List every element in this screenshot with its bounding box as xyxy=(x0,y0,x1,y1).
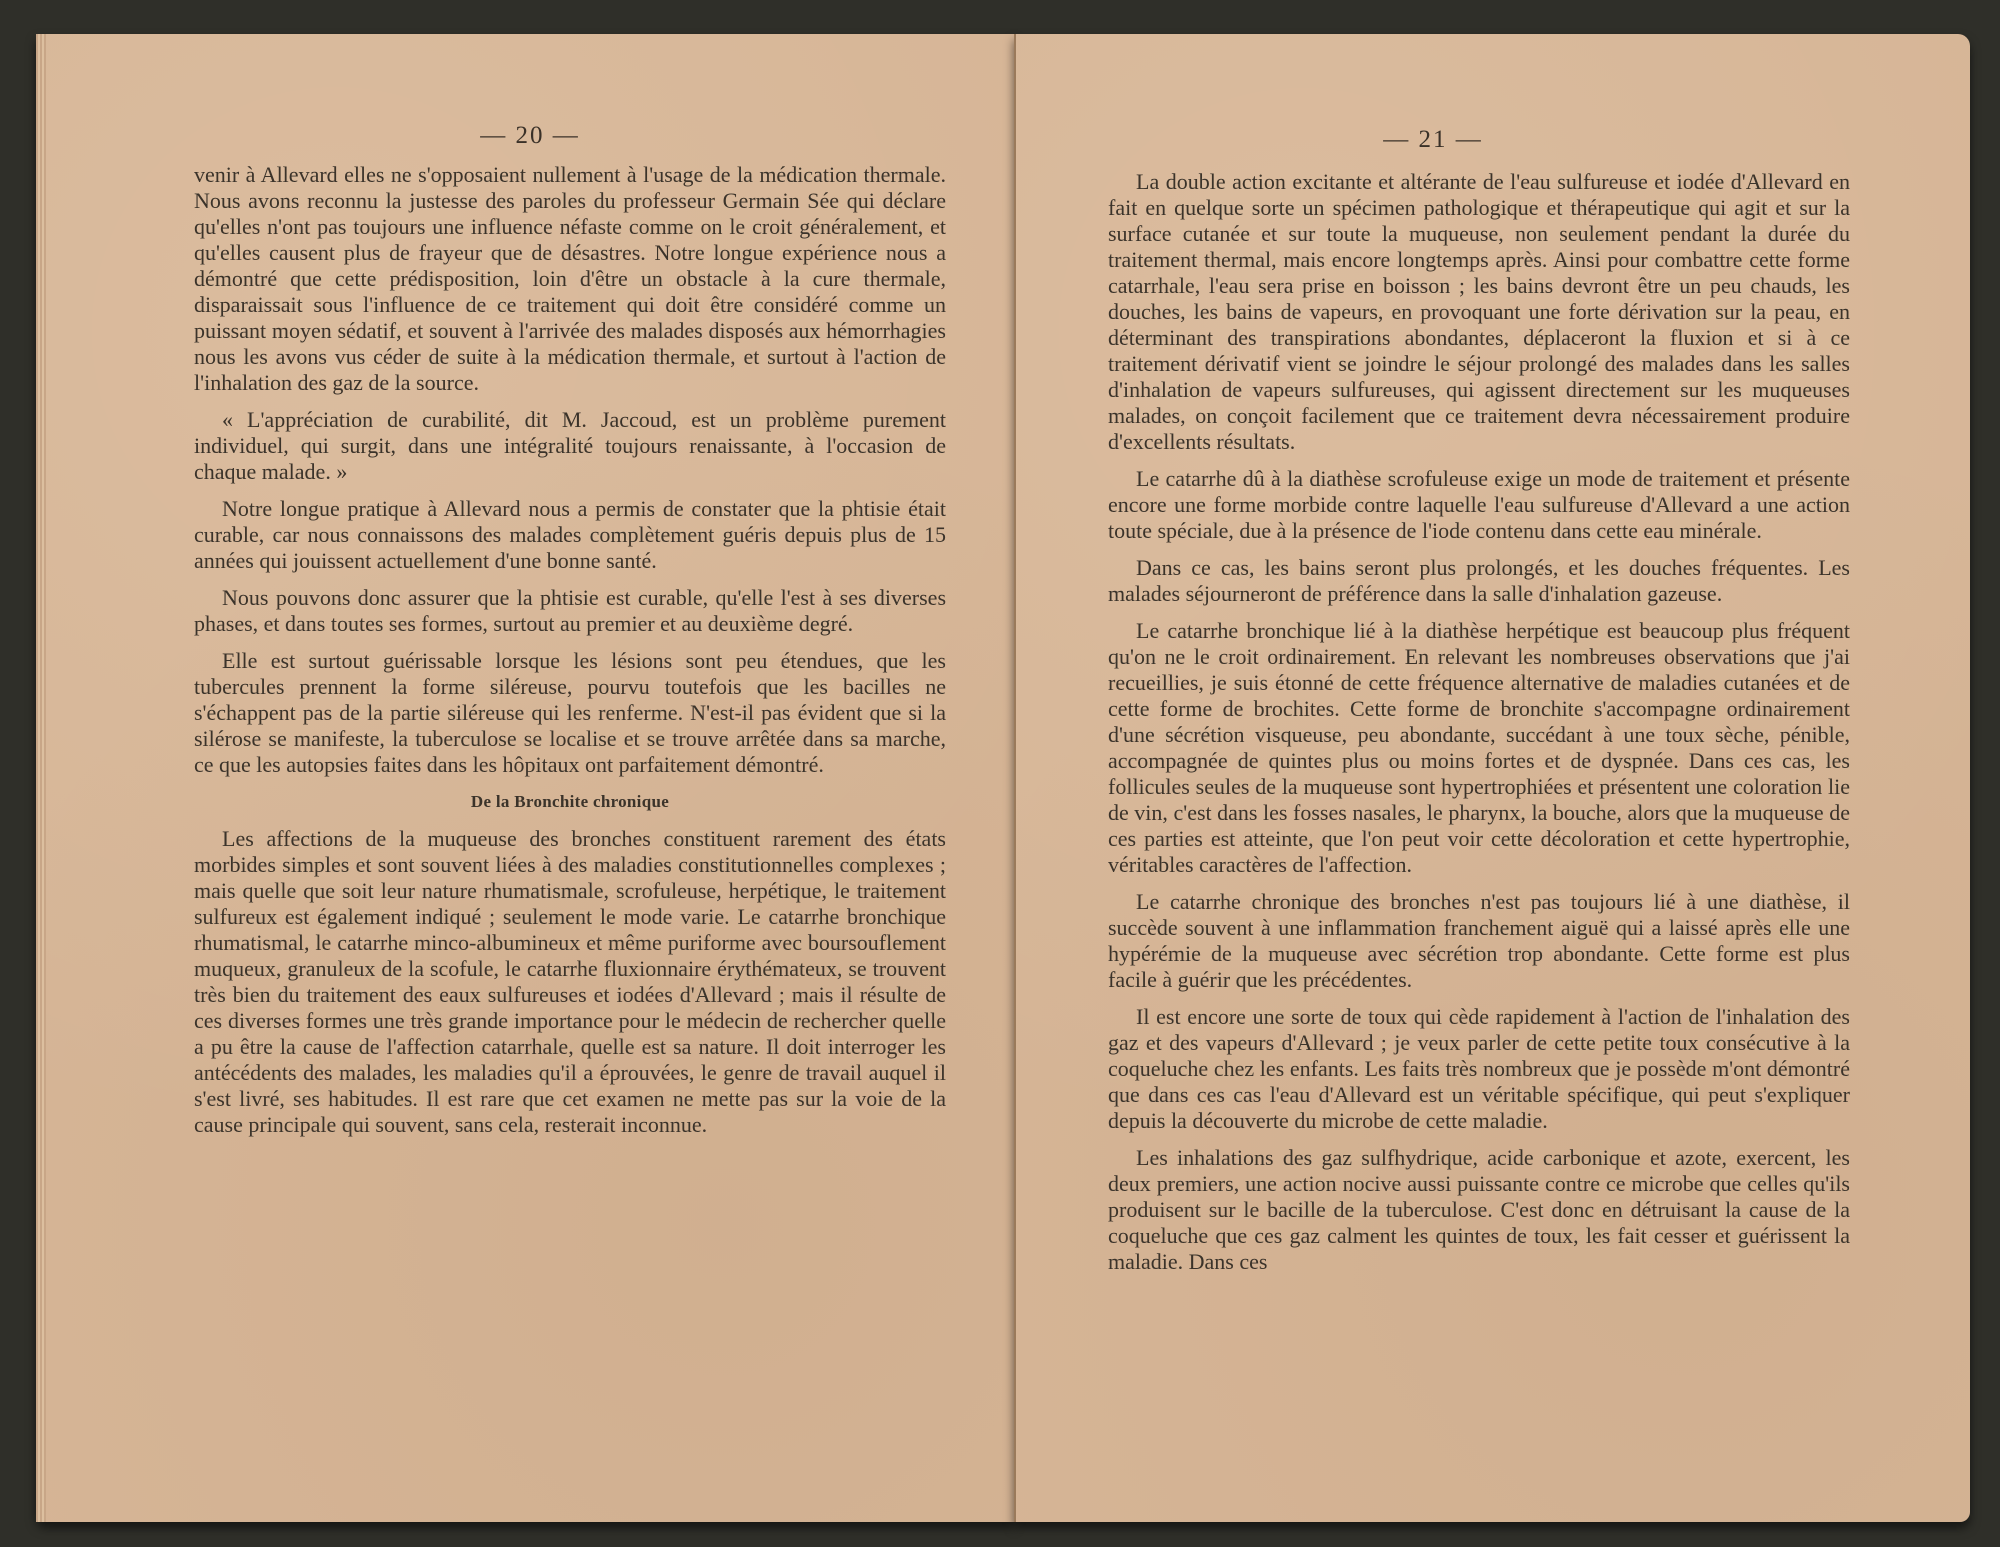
paragraph: Il est encore une sorte de toux qui cède… xyxy=(1108,1004,1850,1134)
paragraph: La double action excitante et altérante … xyxy=(1108,169,1850,455)
paragraph: Elle est surtout guérissable lorsque les… xyxy=(194,648,946,778)
paragraph: Le catarrhe dû à la diathèse scrofuleuse… xyxy=(1108,466,1850,544)
paragraph: Le catarrhe bronchique lié à la diathèse… xyxy=(1108,618,1850,878)
left-page: — 20 — venir à Allevard elles ne s'oppos… xyxy=(36,34,1014,1522)
section-heading: De la Bronchite chronique xyxy=(194,789,946,815)
paragraph: Nous pouvons donc assurer que la phtisie… xyxy=(194,585,946,637)
paragraph: Le catarrhe chronique des bronches n'est… xyxy=(1108,889,1850,993)
open-book: — 20 — venir à Allevard elles ne s'oppos… xyxy=(36,34,1970,1522)
paragraph: Les affections de la muqueuse des bronch… xyxy=(194,826,946,1138)
paragraph: venir à Allevard elles ne s'opposaient n… xyxy=(194,162,946,396)
paragraph: Notre longue pratique à Allevard nous a … xyxy=(194,496,946,574)
left-page-text: venir à Allevard elles ne s'opposaient n… xyxy=(194,162,946,1149)
paragraph: « L'appréciation de curabilité, dit M. J… xyxy=(194,407,946,485)
right-page-text: La double action excitante et altérante … xyxy=(1108,169,1850,1286)
right-page: — 21 — La double action excitante et alt… xyxy=(1014,34,1970,1522)
paragraph: Les inhalations des gaz sulfhydrique, ac… xyxy=(1108,1145,1850,1275)
page-number-left: — 20 — xyxy=(46,122,1014,150)
page-number-right: — 21 — xyxy=(956,126,1910,154)
paragraph: Dans ce cas, les bains seront plus prolo… xyxy=(1108,555,1850,607)
